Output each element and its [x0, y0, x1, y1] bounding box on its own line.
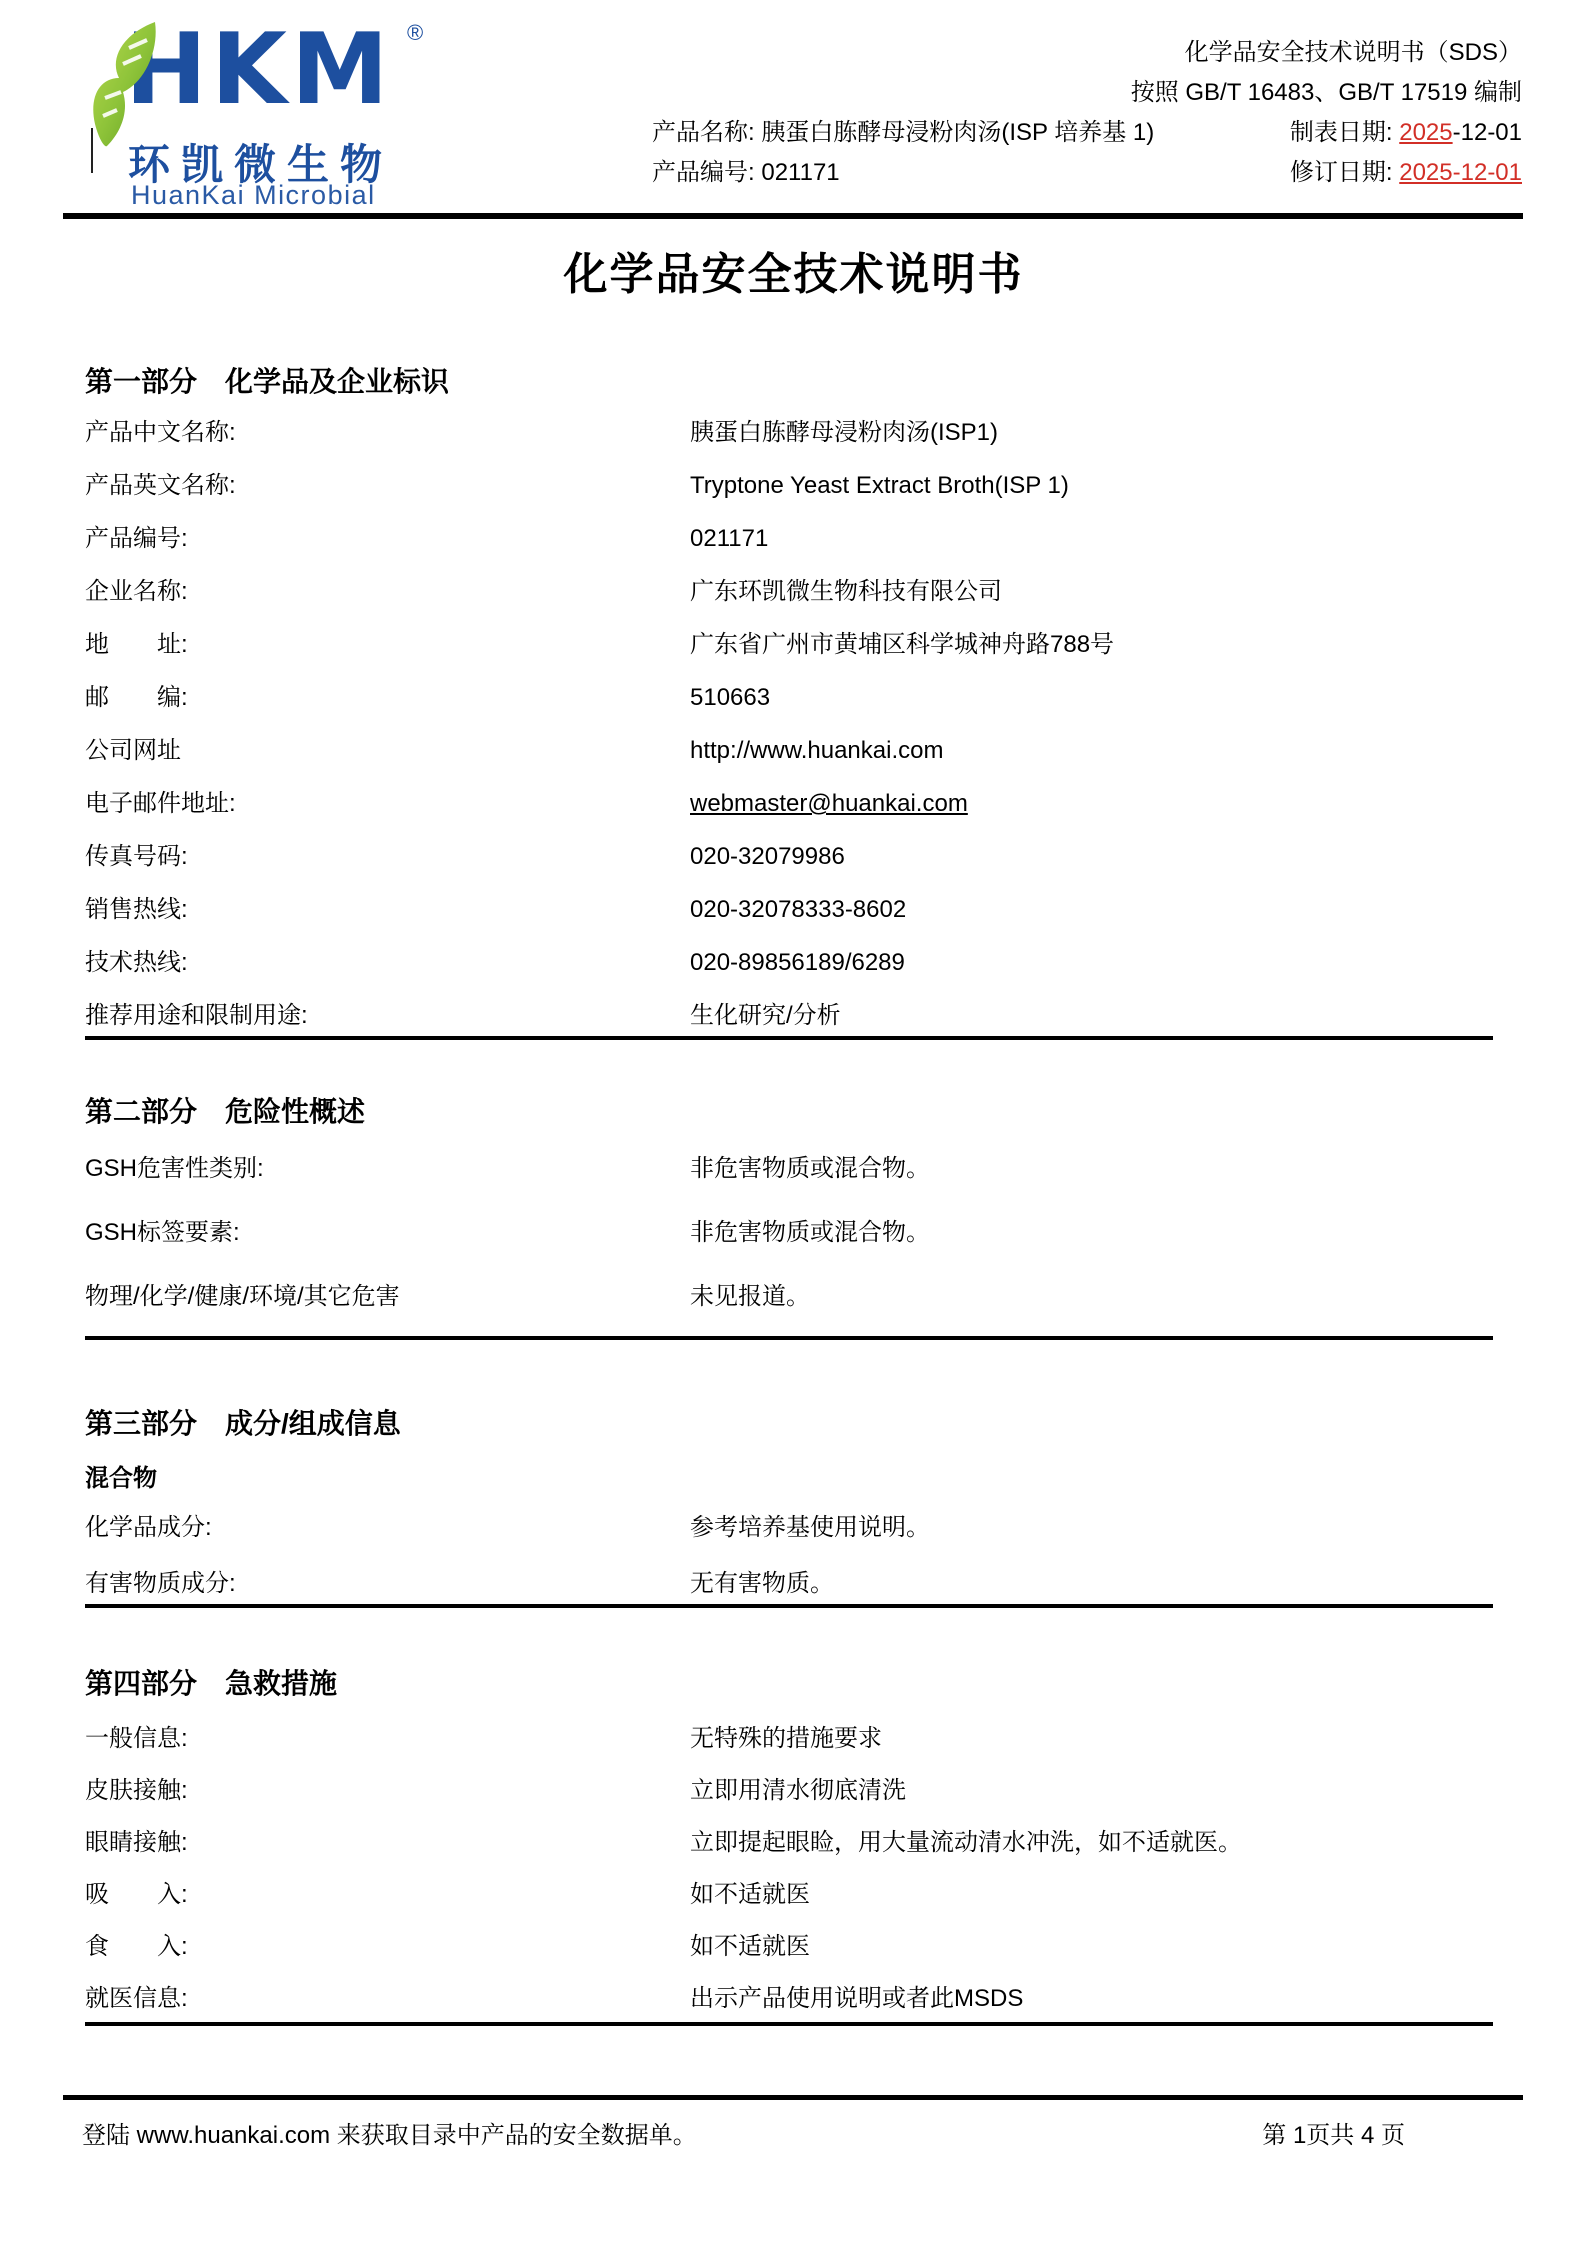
- header-made-date: 制表日期: 2025-12-01: [1290, 112, 1522, 147]
- header-doc-type: 化学品安全技术说明书（SDS）: [1185, 32, 1522, 67]
- field-value: 如不适就医: [690, 1879, 1505, 1910]
- revision-date-label: 修订日期:: [1290, 159, 1399, 186]
- section-4-heading: 第四部分 急救措施: [85, 1662, 337, 1702]
- made-date-year: 2025: [1399, 119, 1452, 146]
- field-row: GSH危害性类别: 非危害物质或混合物。: [85, 1153, 1505, 1184]
- field-value: 出示产品使用说明或者此MSDS: [690, 1983, 1505, 2014]
- field-label: 食 入:: [85, 1931, 690, 1962]
- field-label: 企业名称:: [85, 576, 690, 607]
- field-label: 产品编号:: [85, 523, 690, 554]
- field-row: 电子邮件地址: webmaster@huankai.com: [85, 788, 1505, 819]
- field-label: 电子邮件地址:: [85, 788, 690, 819]
- field-row: GSH标签要素: 非危害物质或混合物。: [85, 1217, 1505, 1248]
- product-code-label: 产品编号:: [652, 159, 761, 186]
- logo-english-name: HuanKai Microbial: [131, 180, 376, 211]
- header-revision-date: 修订日期: 2025-12-01: [1290, 152, 1522, 187]
- field-value: 立即用清水彻底清洗: [690, 1775, 1505, 1806]
- section-divider: [85, 1336, 1493, 1340]
- section-1-heading: 第一部分 化学品及企业标识: [85, 360, 449, 400]
- field-label: 销售热线:: [85, 894, 690, 925]
- field-row: 企业名称: 广东环凯微生物科技有限公司: [85, 576, 1505, 607]
- logo-mark: HKM ®: [95, 14, 435, 132]
- field-row: 一般信息: 无特殊的措施要求: [85, 1723, 1505, 1754]
- header-divider: [63, 213, 1523, 219]
- field-value: 020-32078333-8602: [690, 894, 1505, 925]
- product-code-value: 021171: [761, 159, 839, 186]
- field-label: 推荐用途和限制用途:: [85, 1000, 690, 1031]
- field-row: 地 址: 广东省广州市黄埔区科学城神舟路788号: [85, 629, 1505, 660]
- made-date-label: 制表日期:: [1290, 119, 1399, 146]
- field-value: 胰蛋白胨酵母浸粉肉汤(ISP1): [690, 417, 1505, 448]
- field-label: 传真号码:: [85, 841, 690, 872]
- field-value: 510663: [690, 682, 1505, 713]
- header-standard: 按照 GB/T 16483、GB/T 17519 编制: [1131, 72, 1522, 107]
- field-row: 销售热线: 020-32078333-8602: [85, 894, 1505, 925]
- field-row: 就医信息: 出示产品使用说明或者此MSDS: [85, 1983, 1505, 2014]
- header-product-name: 产品名称: 胰蛋白胨酵母浸粉肉汤(ISP 培养基 1): [652, 112, 1154, 147]
- company-website-value: http://www.huankai.com: [690, 735, 1505, 766]
- dna-ribbon-icon: [85, 20, 173, 150]
- field-row: 物理/化学/健康/环境/其它危害 未见报道。: [85, 1281, 1505, 1312]
- field-row: 传真号码: 020-32079986: [85, 841, 1505, 872]
- field-value: 无特殊的措施要求: [690, 1723, 1505, 1754]
- field-label: 一般信息:: [85, 1723, 690, 1754]
- header-cell-border: [91, 128, 93, 173]
- field-row: 食 入: 如不适就医: [85, 1931, 1505, 1962]
- field-row: 有害物质成分: 无有害物质。: [85, 1568, 1505, 1599]
- section-2-heading: 第二部分 危险性概述: [85, 1090, 365, 1130]
- sds-document-page: HKM ® 环凯微生物 HuanK: [0, 0, 1587, 2245]
- field-row: 产品中文名称: 胰蛋白胨酵母浸粉肉汤(ISP1): [85, 417, 1505, 448]
- field-label: 眼睛接触:: [85, 1827, 690, 1858]
- field-label: 产品中文名称:: [85, 417, 690, 448]
- footer-page-number: 第 1页共 4 页: [1262, 2115, 1405, 2150]
- field-value: 参考培养基使用说明。: [690, 1512, 1505, 1543]
- field-row: 眼睛接触: 立即提起眼睑，用大量流动清水冲洗，如不适就医。: [85, 1827, 1505, 1858]
- product-name-value: 胰蛋白胨酵母浸粉肉汤(ISP 培养基 1): [761, 119, 1154, 146]
- field-row: 皮肤接触: 立即用清水彻底清洗: [85, 1775, 1505, 1806]
- field-value: 如不适就医: [690, 1931, 1505, 1962]
- section-divider: [85, 1036, 1493, 1040]
- field-row: 产品英文名称: Tryptone Yeast Extract Broth(ISP…: [85, 470, 1505, 501]
- registered-trademark-icon: ®: [407, 20, 423, 46]
- field-value: 无有害物质。: [690, 1568, 1505, 1599]
- made-date-rest: -12-01: [1453, 119, 1522, 146]
- field-label: 皮肤接触:: [85, 1775, 690, 1806]
- page-title: 化学品安全技术说明书: [0, 238, 1587, 302]
- field-label: 公司网址: [85, 735, 690, 766]
- section-3-heading: 第三部分 成分/组成信息: [85, 1402, 401, 1442]
- mixture-subheading: 混合物: [85, 1458, 157, 1493]
- field-label: 物理/化学/健康/环境/其它危害: [85, 1281, 690, 1312]
- field-label: 就医信息:: [85, 1983, 690, 2014]
- field-label: 地 址:: [85, 629, 690, 660]
- field-row: 公司网址 http://www.huankai.com: [85, 735, 1505, 766]
- revision-date-value: 2025-12-01: [1399, 159, 1522, 186]
- footer-divider: [63, 2095, 1523, 2100]
- field-label: 化学品成分:: [85, 1512, 690, 1543]
- header-product-code: 产品编号: 021171: [652, 152, 840, 187]
- field-row: 邮 编: 510663: [85, 682, 1505, 713]
- field-value: 广东省广州市黄埔区科学城神舟路788号: [690, 629, 1505, 660]
- field-value: 021171: [690, 523, 1505, 554]
- field-label: 邮 编:: [85, 682, 690, 713]
- field-label: 产品英文名称:: [85, 470, 690, 501]
- field-label: GSH标签要素:: [85, 1217, 690, 1248]
- field-label: 吸 入:: [85, 1879, 690, 1910]
- footer-note: 登陆 www.huankai.com 来获取目录中产品的安全数据单。: [82, 2115, 697, 2150]
- field-value: 020-32079986: [690, 841, 1505, 872]
- email-link[interactable]: webmaster@huankai.com: [690, 788, 1505, 819]
- field-row: 化学品成分: 参考培养基使用说明。: [85, 1512, 1505, 1543]
- field-value: 立即提起眼睑，用大量流动清水冲洗，如不适就医。: [690, 1827, 1505, 1858]
- field-row: 产品编号: 021171: [85, 523, 1505, 554]
- field-value: 非危害物质或混合物。: [690, 1153, 1505, 1184]
- field-value: Tryptone Yeast Extract Broth(ISP 1): [690, 470, 1505, 501]
- field-label: 技术热线:: [85, 947, 690, 978]
- field-row: 技术热线: 020-89856189/6289: [85, 947, 1505, 978]
- product-name-label: 产品名称:: [652, 119, 761, 146]
- field-value: 生化研究/分析: [690, 1000, 1505, 1031]
- field-label: GSH危害性类别:: [85, 1153, 690, 1184]
- company-logo: HKM ® 环凯微生物 HuanK: [95, 14, 435, 132]
- section-divider: [85, 2022, 1493, 2026]
- field-label: 有害物质成分:: [85, 1568, 690, 1599]
- field-row: 推荐用途和限制用途: 生化研究/分析: [85, 1000, 1505, 1031]
- field-value: 广东环凯微生物科技有限公司: [690, 576, 1505, 607]
- section-divider: [85, 1604, 1493, 1608]
- field-row: 吸 入: 如不适就医: [85, 1879, 1505, 1910]
- field-value: 未见报道。: [690, 1281, 1505, 1312]
- field-value: 非危害物质或混合物。: [690, 1217, 1505, 1248]
- field-value: 020-89856189/6289: [690, 947, 1505, 978]
